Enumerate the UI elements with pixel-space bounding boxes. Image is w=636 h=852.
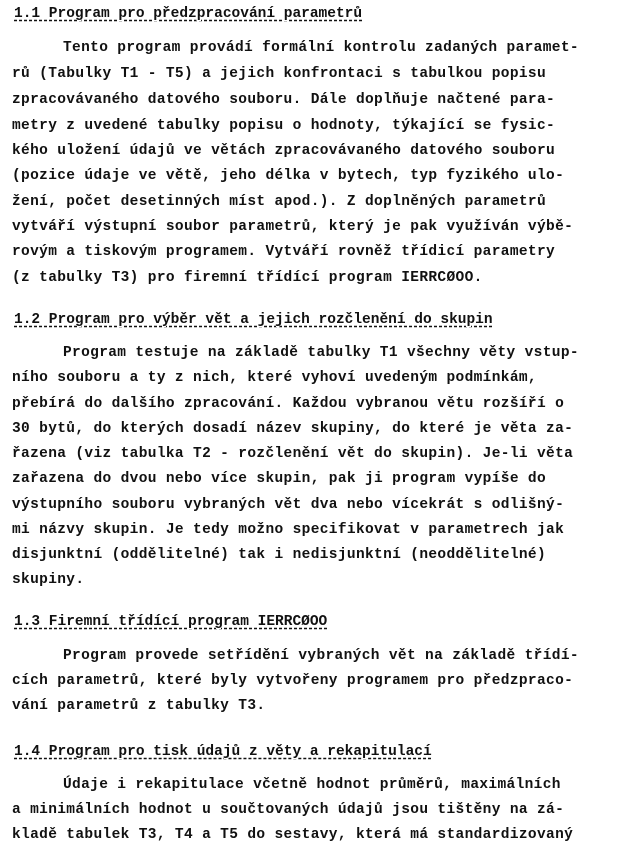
paragraph-line: metry z uvedené tabulky popisu o hodnoty…: [12, 118, 555, 134]
paragraph-line: rů (Tabulky T1 - T5) a jejich konfrontac…: [12, 66, 546, 82]
paragraph-line: výstupního souboru vybraných vět dva neb…: [12, 497, 564, 513]
paragraph-line: žení, počet desetinných míst apod.). Z d…: [12, 194, 546, 210]
paragraph-line: zpracovávaného datového souboru. Dále do…: [12, 92, 555, 108]
section-heading-1-2: 1.2 Program pro výběr vět a jejich rozčl…: [14, 312, 493, 328]
paragraph-line: cích parametrů, které byly vytvořeny pro…: [12, 673, 573, 689]
paragraph-line: řazena (viz tabulka T2 - rozčlenění vět …: [12, 446, 573, 462]
paragraph-line: vání parametrů z tabulky T3.: [12, 698, 265, 714]
paragraph-line: 30 bytů, do kterých dosadí název skupiny…: [12, 421, 573, 437]
paragraph-line: kladě tabulek T3, T4 a T5 do sestavy, kt…: [12, 827, 573, 843]
paragraph-line: a minimálních hodnot u součtovaných údaj…: [12, 802, 564, 818]
paragraph-line: (z tabulky T3) pro firemní třídící progr…: [12, 270, 483, 286]
document-page: 1.1 Program pro předzpracování parametrů…: [0, 0, 636, 852]
paragraph-line: mi názvy skupin. Je tedy možno specifiko…: [12, 522, 564, 538]
paragraph-line: vytváří výstupní soubor parametrů, který…: [12, 219, 573, 235]
paragraph-line: Tento program provádí formální kontrolu …: [63, 40, 579, 56]
paragraph-line: rovým a tiskovým programem. Vytváří rovn…: [12, 244, 555, 260]
paragraph-line: Údaje i rekapitulace včetně hodnot průmě…: [63, 777, 561, 793]
paragraph-line: ního souboru a ty z nich, které vyhoví u…: [12, 370, 537, 386]
paragraph-line: kého uložení údajů ve větách zpracovávan…: [12, 143, 555, 159]
section-heading-1-3: 1.3 Firemní třídící program IERRCØOO: [14, 614, 327, 630]
paragraph-line: disjunktní (oddělitelné) tak i nedisjunk…: [12, 547, 546, 563]
paragraph-line: zařazena do dvou nebo více skupin, pak j…: [12, 471, 546, 487]
paragraph-line: přebírá do dalšího zpracování. Každou vy…: [12, 396, 564, 412]
paragraph-line: Program provede setřídění vybraných vět …: [63, 648, 579, 664]
section-heading-1-1: 1.1 Program pro předzpracování parametrů: [14, 6, 362, 22]
section-heading-1-4: 1.4 Program pro tisk údajů z věty a reka…: [14, 744, 432, 760]
paragraph-line: (pozice údaje ve větě, jeho délka v byte…: [12, 168, 564, 184]
paragraph-line: Program testuje na základě tabulky T1 vš…: [63, 345, 579, 361]
paragraph-line: skupiny.: [12, 572, 84, 588]
